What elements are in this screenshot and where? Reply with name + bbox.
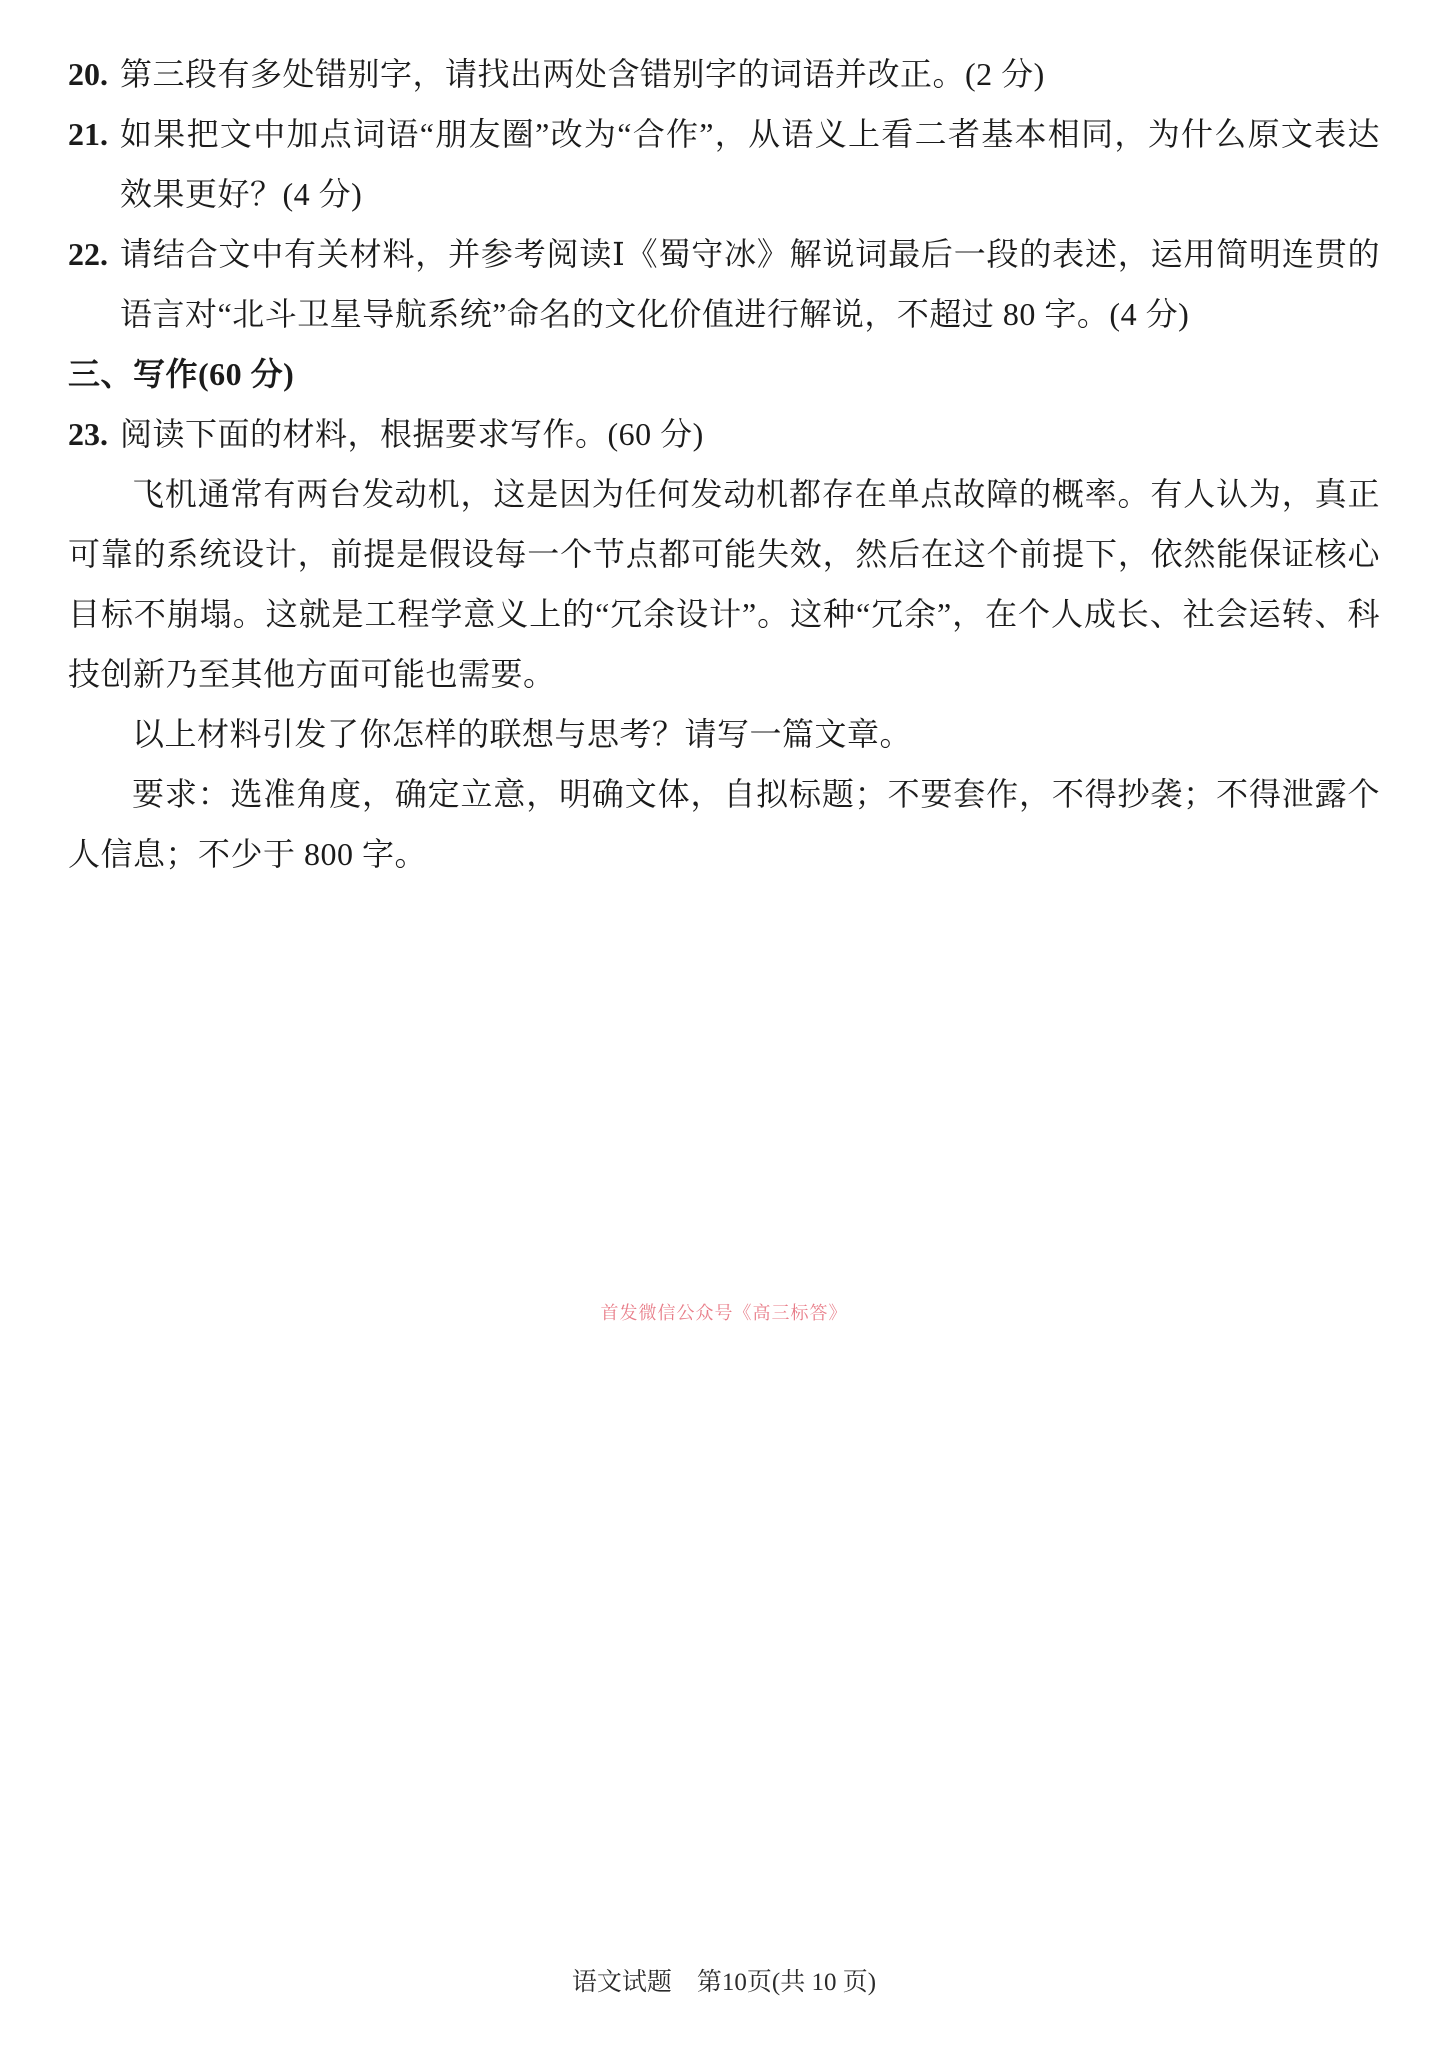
question-23-number: 23. [68, 404, 108, 464]
section-heading-writing: 三、写作(60 分) [68, 344, 1380, 404]
question-21: 21. 如果把文中加点词语“朋友圈”改为“合作”，从语义上看二者基本相同，为什么… [68, 104, 1380, 224]
question-21-number: 21. [68, 104, 108, 164]
exam-page: 20. 第三段有多处错别字，请找出两处含错别字的词语并改正。(2 分) 21. … [0, 0, 1448, 2048]
question-22-text: 请结合文中有关材料，并参考阅读Ⅰ《蜀守冰》解说词最后一段的表述，运用简明连贯的语… [120, 236, 1380, 332]
essay-material-paragraph: 飞机通常有两台发动机，这是因为任何发动机都存在单点故障的概率。有人认为，真正可靠… [68, 464, 1380, 704]
essay-prompt-line: 以上材料引发了你怎样的联想与思考？请写一篇文章。 [68, 704, 1380, 764]
question-23: 23. 阅读下面的材料，根据要求写作。(60 分) [68, 404, 1380, 464]
exam-content: 20. 第三段有多处错别字，请找出两处含错别字的词语并改正。(2 分) 21. … [68, 44, 1380, 884]
question-21-text: 如果把文中加点词语“朋友圈”改为“合作”，从语义上看二者基本相同，为什么原文表达… [120, 116, 1380, 212]
question-20-number: 20. [68, 44, 108, 104]
watermark-text: 首发微信公众号《高三标答》 [0, 1300, 1448, 1326]
question-20-text: 第三段有多处错别字，请找出两处含错别字的词语并改正。(2 分) [120, 56, 1045, 92]
question-20: 20. 第三段有多处错别字，请找出两处含错别字的词语并改正。(2 分) [68, 44, 1380, 104]
question-23-text: 阅读下面的材料，根据要求写作。(60 分) [120, 416, 704, 452]
question-22: 22. 请结合文中有关材料，并参考阅读Ⅰ《蜀守冰》解说词最后一段的表述，运用简明… [68, 224, 1380, 344]
essay-requirements-line: 要求：选准角度，确定立意，明确文体，自拟标题；不要套作，不得抄袭；不得泄露个人信… [68, 764, 1380, 884]
question-22-number: 22. [68, 224, 108, 284]
page-footer: 语文试题 第10页(共 10 页) [0, 1962, 1448, 1998]
